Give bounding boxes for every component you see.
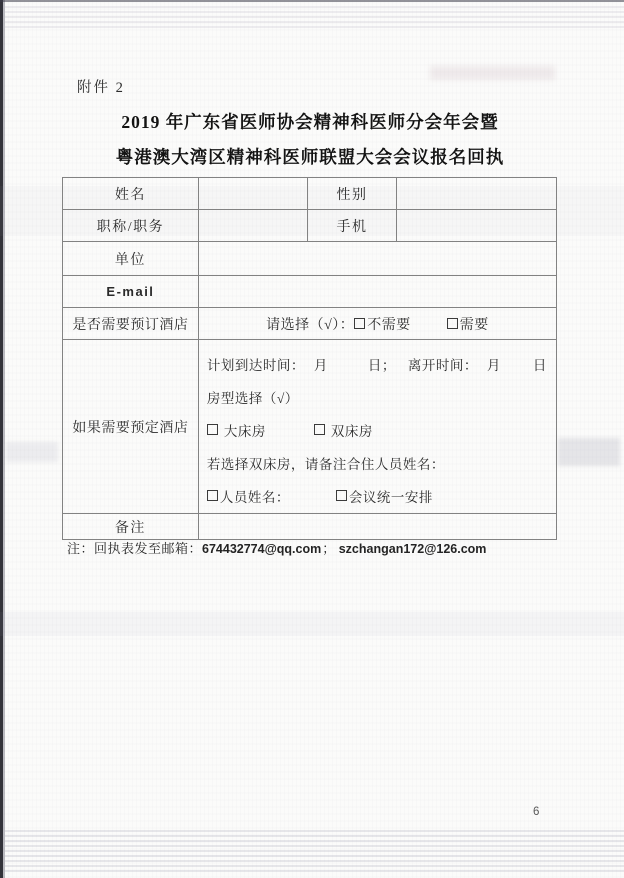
table-row: 备注 (63, 514, 557, 540)
checkbox-roommate-name-icon (207, 490, 218, 501)
scan-artifact (0, 612, 624, 636)
option-no-need-label: 不需要 (367, 314, 411, 334)
twin-room-label: 双床房 (331, 420, 373, 440)
arrival-departure-line: 计划到达时间： 月 日； 离开时间： 月 日 (207, 347, 556, 380)
spacer (396, 363, 408, 364)
scan-artifact (558, 438, 620, 466)
scan-edge-left-soft (3, 0, 5, 878)
scan-artifact-top-band (5, 4, 624, 28)
attachment-label: 附件 2 (77, 76, 125, 97)
depart-day-label: 日 (533, 354, 547, 374)
gender-label: 性别 (307, 178, 397, 210)
footnote-separator: ； (322, 538, 336, 557)
remarks-field-cell (198, 514, 556, 540)
arrival-month-label: 月 (314, 354, 328, 374)
hotel-booking-prefix: 请选择（√）： (266, 314, 354, 334)
organization-field-cell (198, 242, 556, 276)
email-field-cell (198, 276, 556, 308)
name-label: 姓名 (63, 178, 199, 210)
spacer (478, 363, 487, 364)
title-position-label: 职称/职务 (63, 210, 199, 242)
arrival-day-label: 日； (368, 354, 396, 374)
spacer (305, 363, 314, 364)
hotel-booking-label: 是否需要预订酒店 (63, 308, 199, 340)
hotel-booking-choice-line: 请选择（√）： 不需要 需要 (199, 314, 556, 334)
gender-field-cell (397, 178, 557, 210)
scan-artifact (6, 442, 58, 462)
checkbox-king-room-icon (207, 424, 218, 435)
twin-note-line: 若选择双床房，请备注合住人员姓名： (207, 446, 556, 479)
footnote: 注：回执表发至邮箱： 674432774@qq.com ； szchangan1… (67, 538, 486, 557)
document-title-line1: 2019 年广东省医师协会精神科医师分会年会暨 (55, 109, 565, 134)
spacer (411, 323, 447, 324)
twin-note-label: 若选择双床房，请备注合住人员姓名： (207, 453, 445, 473)
depart-month-label: 月 (487, 354, 501, 374)
room-type-line: 房型选择（√） (207, 380, 556, 413)
king-room-label: 大床房 (224, 420, 266, 440)
checkbox-twin-room-icon (314, 424, 325, 435)
scan-edge-top (0, 0, 624, 2)
conference-arranged-label: 会议统一安排 (349, 486, 433, 506)
hotel-detail-cell: 计划到达时间： 月 日； 离开时间： 月 日 房型选择（√） (198, 340, 556, 514)
depart-day-blank (501, 363, 533, 364)
table-row: 单位 (63, 242, 557, 276)
table-row: 姓名 性别 (63, 178, 557, 210)
scan-artifact-bottom-band (5, 830, 624, 872)
table-row: 是否需要预订酒店 请选择（√）： 不需要 需要 (63, 308, 557, 340)
checkbox-need-icon (447, 318, 458, 329)
room-options-line: 大床房 双床房 (207, 413, 556, 446)
spacer (266, 429, 314, 430)
page-number: 6 (533, 806, 539, 818)
hotel-booking-choice-cell: 请选择（√）： 不需要 需要 (198, 308, 556, 340)
mobile-field-cell (397, 210, 557, 242)
room-type-label: 房型选择（√） (207, 387, 299, 407)
remarks-label: 备注 (63, 514, 199, 540)
organization-label: 单位 (63, 242, 199, 276)
title-position-field-cell (198, 210, 307, 242)
table-row: E-mail (63, 276, 557, 308)
depart-time-label: 离开时间： (408, 354, 478, 374)
footnote-email-2: szchangan172@126.com (339, 542, 487, 556)
footnote-email-1: 674432774@qq.com (202, 542, 321, 556)
footnote-label: 注：回执表发至邮箱： (67, 538, 202, 557)
table-row: 职称/职务 手机 (63, 210, 557, 242)
roommate-name-label: 人员姓名： (220, 486, 290, 506)
hotel-detail-label: 如果需要预定酒店 (63, 340, 199, 514)
mobile-label: 手机 (307, 210, 397, 242)
table-row: 如果需要预定酒店 计划到达时间： 月 日； 离开时间： 月 日 (63, 340, 557, 514)
checkbox-no-need-icon (354, 318, 365, 329)
name-field-cell (198, 178, 307, 210)
scanned-page: 附件 2 2019 年广东省医师协会精神科医师分会年会暨 粤港澳大湾区精神科医师… (0, 0, 624, 878)
arrival-time-label: 计划到达时间： (207, 354, 305, 374)
scan-artifact (430, 66, 555, 80)
email-label: E-mail (63, 276, 199, 308)
arrival-day-blank (328, 363, 368, 364)
registration-form-table: 姓名 性别 职称/职务 手机 单位 E-mail 是否需要预订酒店 (62, 177, 557, 540)
checkbox-conference-arranged-icon (336, 490, 347, 501)
spacer (290, 495, 336, 496)
roommate-line: 人员姓名： 会议统一安排 (207, 479, 556, 512)
document-title-line2: 粤港澳大湾区精神科医师联盟大会会议报名回执 (55, 144, 565, 169)
option-need-label: 需要 (460, 314, 489, 334)
